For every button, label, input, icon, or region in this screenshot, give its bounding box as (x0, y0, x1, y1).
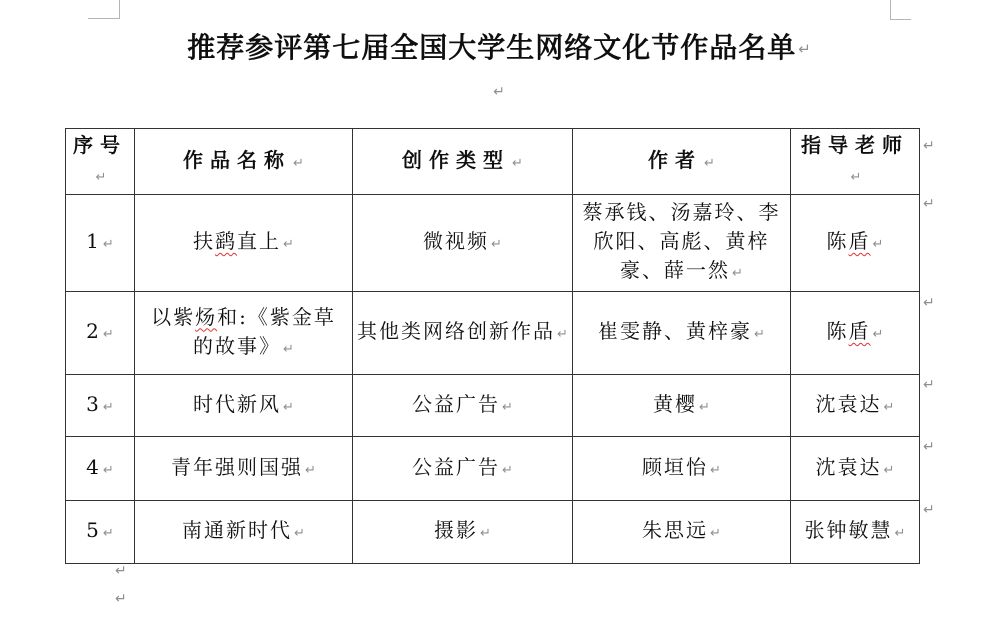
cell-creation-type[interactable]: 摄影↵ (353, 501, 573, 564)
table-row: 5↵南通新时代↵摄影↵朱思远↵张钟敏慧↵ (66, 501, 920, 564)
end-of-cell-mark: ↵ (293, 156, 304, 171)
cell-text: 直上 (237, 229, 281, 253)
cell-authors[interactable]: 黄樱↵ (573, 375, 791, 437)
cell-serial[interactable]: 5↵ (66, 501, 135, 564)
misspelled-text: 盾 (849, 319, 871, 343)
end-of-cell-mark: ↵ (884, 400, 895, 415)
cell-authors[interactable]: 顾垣怡↵ (573, 437, 791, 501)
end-of-row-mark: ↵ (923, 502, 935, 518)
table-row: 3↵时代新风↵公益广告↵黄樱↵沈袁达↵ (66, 375, 920, 437)
cell-creation-type[interactable]: 公益广告↵ (353, 375, 573, 437)
end-of-row-mark: ↵ (923, 196, 935, 212)
end-of-cell-mark: ↵ (502, 463, 513, 478)
end-of-cell-mark: ↵ (103, 400, 114, 415)
cell-text: 的故事》 (193, 334, 281, 358)
cell-text: 其他类网络创新作品 (357, 319, 555, 343)
cell-authors[interactable]: 崔雯静、黄梓豪↵ (573, 292, 791, 375)
page-title-text: 推荐参评第七届全国大学生网络文化节作品名单 (187, 31, 796, 64)
end-of-row-mark: ↵ (923, 138, 935, 154)
end-of-cell-mark: ↵ (512, 156, 523, 171)
cell-authors[interactable]: 朱思远↵ (573, 501, 791, 564)
cell-text: 扶 (193, 229, 215, 253)
cell-text: 豪、薛一然 (620, 258, 730, 282)
serial-number: 3 (86, 392, 101, 416)
cell-text: 欣阳、高彪、黄梓 (594, 229, 770, 253)
end-of-cell-mark: ↵ (283, 342, 294, 357)
cell-text: 崔雯静、黄梓豪 (598, 319, 752, 343)
end-of-cell-mark: ↵ (557, 327, 568, 342)
table-row: 2↵以紫炀和:《紫金草的故事》↵其他类网络创新作品↵崔雯静、黄梓豪↵陈盾↵ (66, 292, 920, 375)
end-of-cell-mark: ↵ (851, 170, 862, 185)
header-cell-authors[interactable]: 作者↵ (573, 129, 791, 195)
cell-text: 微视频 (423, 229, 489, 253)
header-text: 作品名称 (183, 148, 291, 172)
serial-number: 1 (86, 229, 101, 253)
cell-creation-type[interactable]: 微视频↵ (353, 195, 573, 292)
cell-teacher[interactable]: 陈盾↵ (791, 292, 920, 375)
cell-work-name[interactable]: 时代新风↵ (135, 375, 353, 437)
end-of-cell-mark: ↵ (103, 463, 114, 478)
cell-text: 蔡承钱、汤嘉玲、李 (583, 200, 781, 224)
serial-number: 4 (86, 455, 101, 479)
end-of-cell-mark: ↵ (480, 526, 491, 541)
end-of-cell-mark: ↵ (103, 237, 114, 252)
cell-teacher[interactable]: 陈盾↵ (791, 195, 920, 292)
cell-text: 黄樱 (653, 392, 697, 416)
cell-text: 陈 (827, 319, 849, 343)
cell-text: 和:《紫金草 (217, 305, 336, 329)
cell-teacher[interactable]: 沈袁达↵ (791, 437, 920, 501)
cell-teacher[interactable]: 张钟敏慧↵ (791, 501, 920, 564)
cell-text: 公益广告 (412, 455, 500, 479)
cell-text: 摄影 (434, 518, 478, 542)
cell-authors[interactable]: 蔡承钱、汤嘉玲、李欣阳、高彪、黄梓豪、薛一然↵ (573, 195, 791, 292)
table-row: 4↵青年强则国强↵公益广告↵顾垣怡↵沈袁达↵ (66, 437, 920, 501)
cell-work-name[interactable]: 南通新时代↵ (135, 501, 353, 564)
cell-text: 南通新时代 (182, 518, 292, 542)
cell-serial[interactable]: 2↵ (66, 292, 135, 375)
end-of-cell-mark: ↵ (895, 526, 906, 541)
misspelled-text: 炀 (195, 305, 217, 329)
end-of-row-mark: ↵ (923, 295, 935, 311)
cell-text: 顾垣怡 (642, 455, 708, 479)
cell-text: 张钟敏慧 (805, 518, 893, 542)
crop-mark-top-right-vertical (890, 0, 891, 19)
document-canvas[interactable]: 推荐参评第七届全国大学生网络文化节作品名单↵ ↵ 序号↵作品名称↵创作类型↵作者… (0, 0, 998, 622)
serial-number: 2 (86, 319, 101, 343)
end-of-cell-mark: ↵ (699, 400, 710, 415)
cell-work-name[interactable]: 青年强则国强↵ (135, 437, 353, 501)
end-of-cell-mark: ↵ (283, 237, 294, 252)
table-row: 1↵扶鹞直上↵微视频↵蔡承钱、汤嘉玲、李欣阳、高彪、黄梓豪、薛一然↵陈盾↵ (66, 195, 920, 292)
cell-text: 沈袁达 (816, 455, 882, 479)
paragraph-mark: ↵ (0, 84, 998, 100)
cell-text: 陈 (827, 229, 849, 253)
header-text: 创作类型 (402, 148, 510, 172)
header-text: 指导老师 (801, 133, 909, 157)
end-of-cell-mark: ↵ (732, 266, 743, 281)
cell-text: 沈袁达 (816, 392, 882, 416)
cell-serial[interactable]: 3↵ (66, 375, 135, 437)
header-text: 作者 (648, 148, 702, 172)
misspelled-text: 鹞 (215, 229, 237, 253)
crop-mark-top-left-horizontal (88, 18, 120, 19)
end-of-cell-mark: ↵ (710, 463, 721, 478)
cell-text: 朱思远 (642, 518, 708, 542)
end-of-row-mark: ↵ (923, 439, 935, 455)
cell-work-name[interactable]: 扶鹞直上↵ (135, 195, 353, 292)
end-of-cell-mark: ↵ (491, 237, 502, 252)
paragraph-mark: ↵ (798, 40, 811, 58)
end-of-cell-mark: ↵ (754, 327, 765, 342)
header-cell-teacher[interactable]: 指导老师↵ (791, 129, 920, 195)
end-of-cell-mark: ↵ (103, 327, 114, 342)
cell-teacher[interactable]: 沈袁达↵ (791, 375, 920, 437)
end-of-cell-mark: ↵ (283, 400, 294, 415)
paragraph-mark: ↵ (115, 591, 127, 607)
cell-text: 公益广告 (412, 392, 500, 416)
cell-work-name[interactable]: 以紫炀和:《紫金草的故事》↵ (135, 292, 353, 375)
end-of-cell-mark: ↵ (710, 526, 721, 541)
cell-text: 以紫 (151, 305, 195, 329)
end-of-cell-mark: ↵ (294, 526, 305, 541)
paragraph-mark: ↵ (115, 563, 127, 579)
cell-creation-type[interactable]: 公益广告↵ (353, 437, 573, 501)
header-cell-work-name[interactable]: 作品名称↵ (135, 129, 353, 195)
cell-text: 时代新风 (193, 392, 281, 416)
works-table[interactable]: 序号↵作品名称↵创作类型↵作者↵指导老师↵1↵扶鹞直上↵微视频↵蔡承钱、汤嘉玲、… (65, 128, 920, 564)
header-cell-creation-type[interactable]: 创作类型↵ (353, 129, 573, 195)
header-cell-serial[interactable]: 序号↵ (66, 129, 135, 195)
end-of-cell-mark: ↵ (704, 156, 715, 171)
cell-text: 青年强则国强 (171, 455, 303, 479)
end-of-row-mark: ↵ (923, 377, 935, 393)
header-text: 序号 (73, 133, 127, 157)
end-of-cell-mark: ↵ (502, 400, 513, 415)
page-title[interactable]: 推荐参评第七届全国大学生网络文化节作品名单↵ (0, 26, 998, 66)
end-of-cell-mark: ↵ (305, 463, 316, 478)
end-of-cell-mark: ↵ (96, 170, 107, 185)
end-of-cell-mark: ↵ (103, 526, 114, 541)
cell-creation-type[interactable]: 其他类网络创新作品↵ (353, 292, 573, 375)
end-of-cell-mark: ↵ (873, 327, 884, 342)
serial-number: 5 (86, 518, 101, 542)
crop-mark-top-right-horizontal (890, 19, 911, 20)
misspelled-text: 盾 (849, 229, 871, 253)
end-of-cell-mark: ↵ (873, 237, 884, 252)
crop-mark-top-left-vertical (119, 0, 120, 18)
cell-serial[interactable]: 1↵ (66, 195, 135, 292)
end-of-cell-mark: ↵ (884, 463, 895, 478)
table-header-row: 序号↵作品名称↵创作类型↵作者↵指导老师↵ (66, 129, 920, 195)
cell-serial[interactable]: 4↵ (66, 437, 135, 501)
